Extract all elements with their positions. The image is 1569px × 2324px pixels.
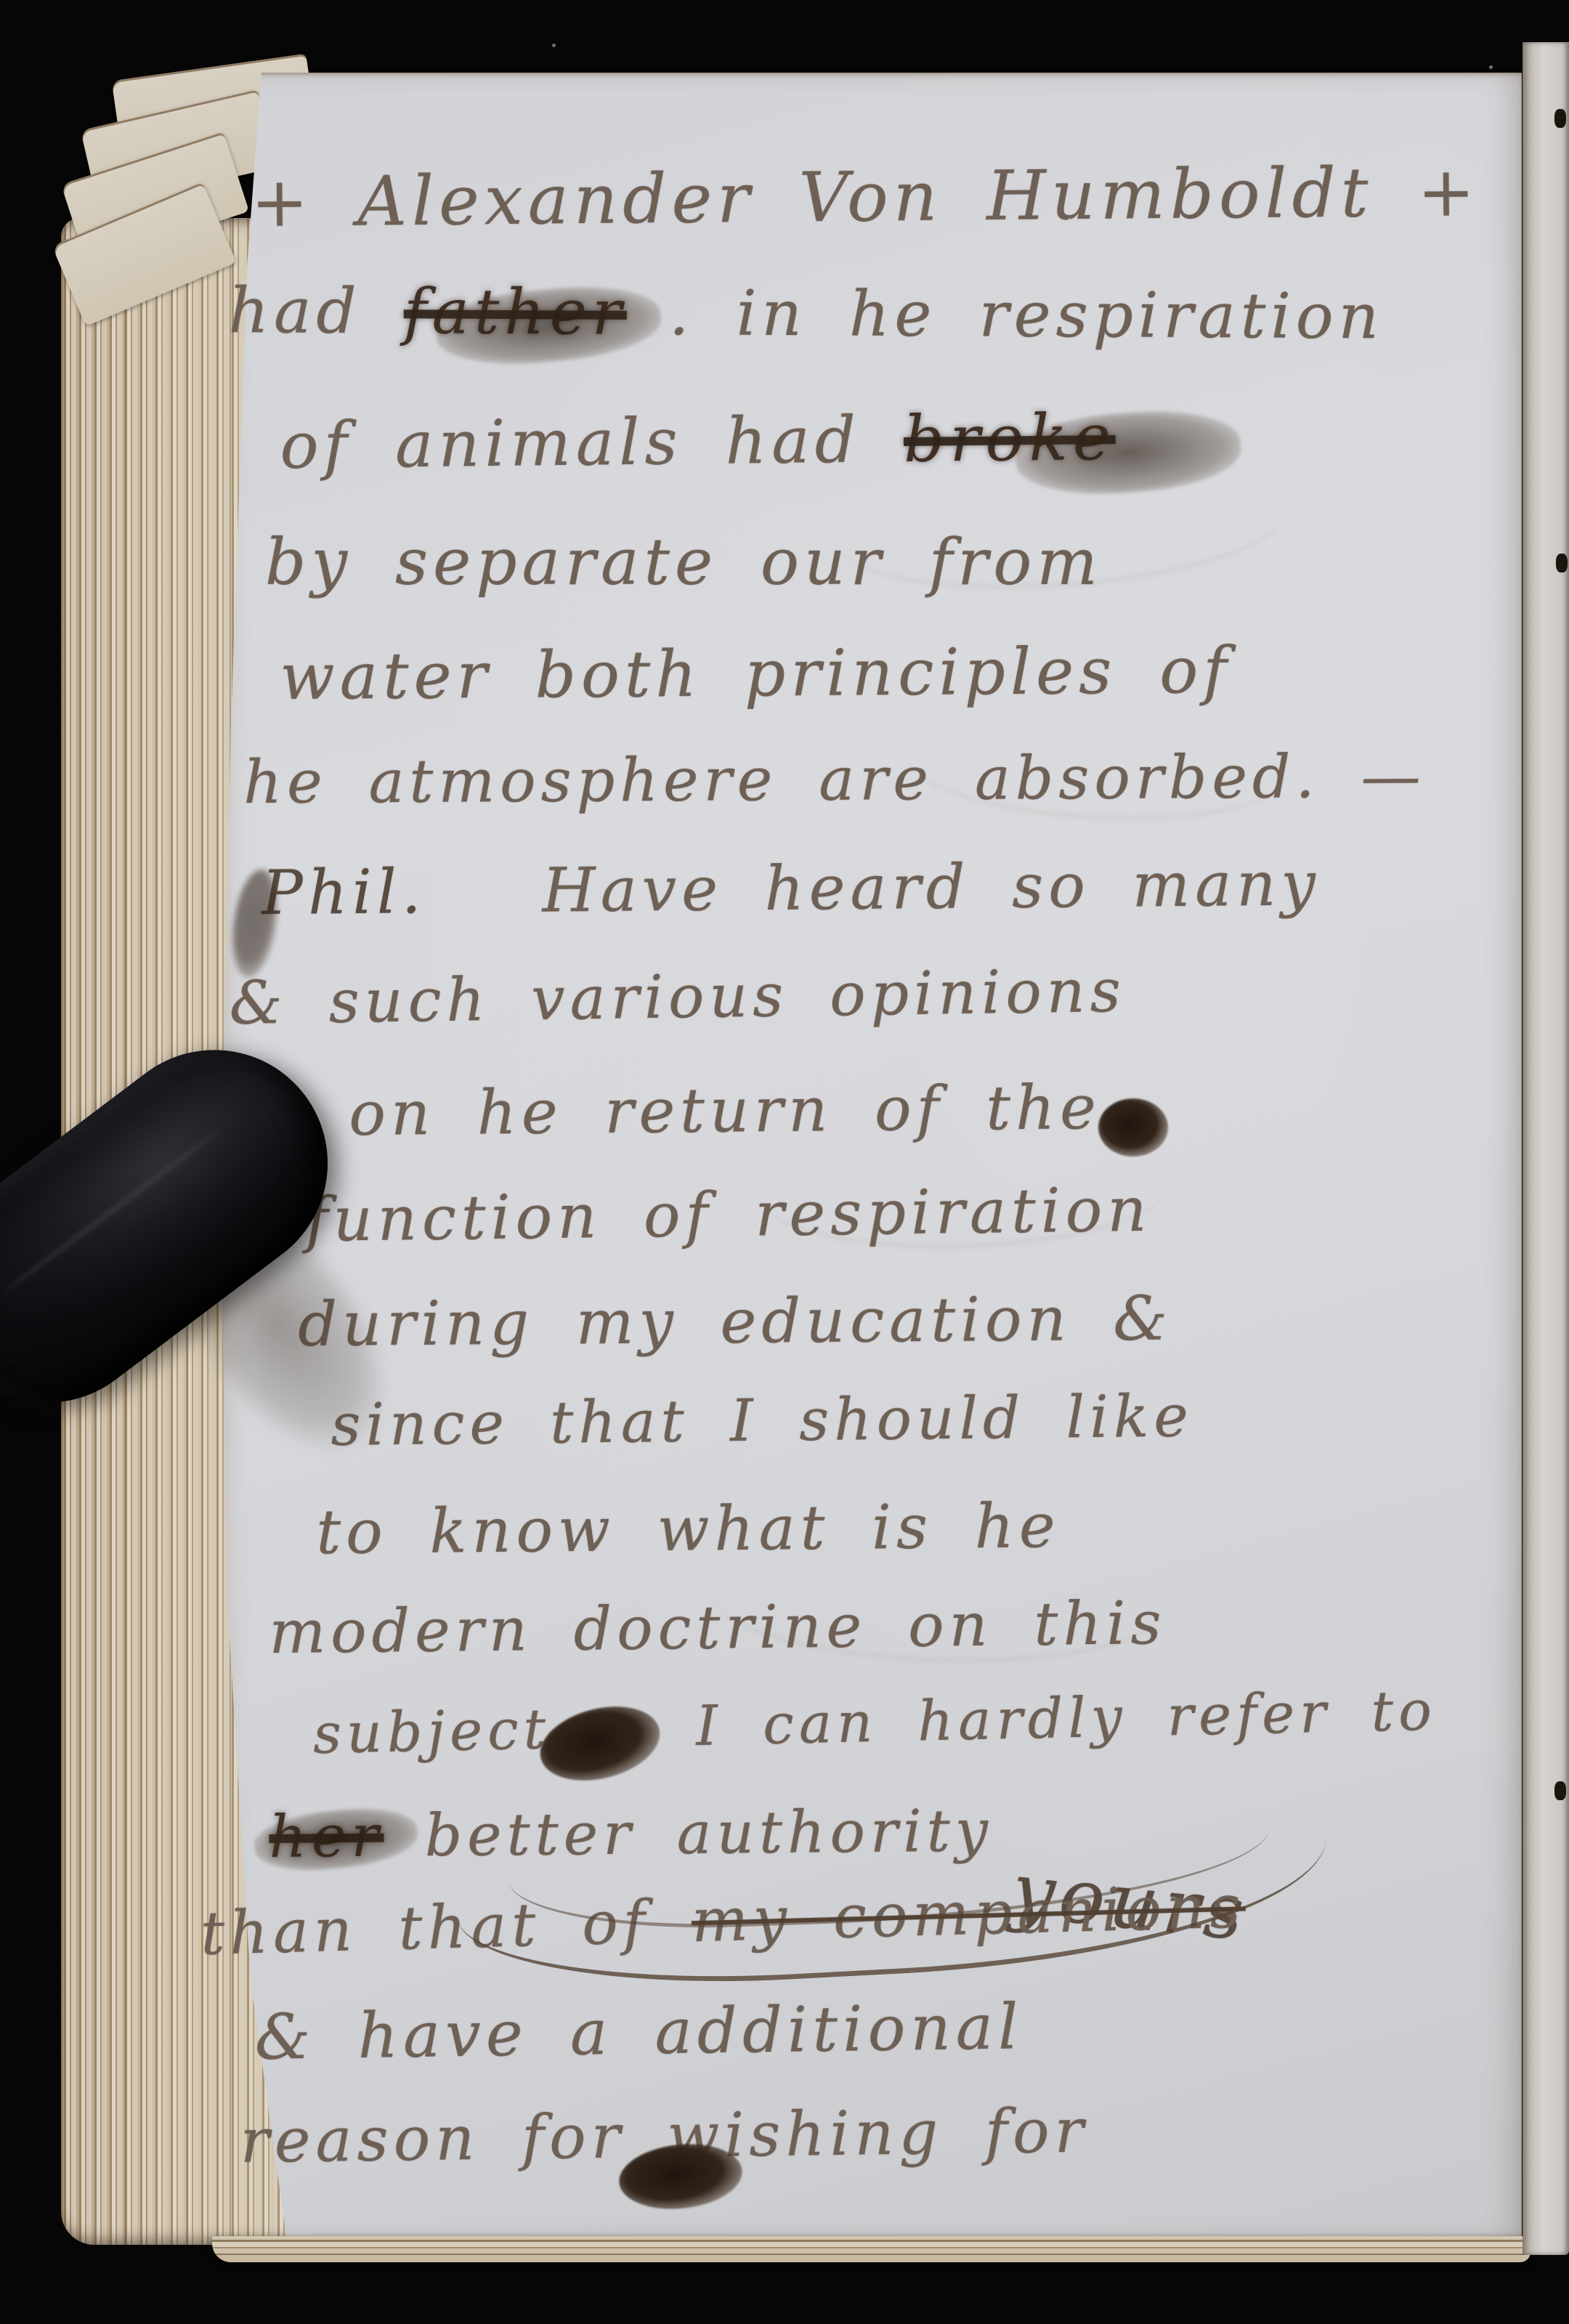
handwriting-segment: during my education & <box>298 1283 1172 1360</box>
glove-wrinkle <box>3 1126 223 1294</box>
handwriting-segment: since that I should like <box>331 1382 1193 1459</box>
handwriting-line: during my education & <box>298 1283 1172 1360</box>
handwriting-segment: by separate our from <box>265 525 1103 599</box>
dust-speck <box>857 102 861 105</box>
gutter-notch <box>1554 1781 1566 1800</box>
handwriting-line: to know what is he <box>316 1490 1061 1568</box>
page-bottom-edges <box>212 2236 1531 2262</box>
handwriting-line: function of respiration <box>305 1174 1152 1255</box>
handwriting-segment: to know what is he <box>316 1490 1061 1568</box>
handwriting-segment: & have a additional <box>254 1991 1023 2074</box>
handwriting-segment: he atmosphere are absorbed. — <box>243 742 1426 817</box>
dust-speck <box>1489 65 1493 69</box>
handwriting-segment: water both principles of <box>280 633 1232 714</box>
handwriting-segment: had <box>228 275 404 348</box>
dust-speck <box>552 44 556 47</box>
manuscript-photo: + Alexander Von Humboldt + had father . … <box>0 0 1569 2324</box>
handwriting-segment: of animals had <box>280 402 904 483</box>
handwriting-line: + Alexander Von Humboldt + <box>251 153 1480 243</box>
handwriting-line: & such various opinions <box>229 957 1126 1038</box>
ink-blot <box>1098 1098 1168 1157</box>
handwriting-segment: function of respiration <box>305 1174 1152 1255</box>
handwriting-line: he atmosphere are absorbed. — <box>243 742 1426 817</box>
gutter-page-sliver <box>1523 42 1569 2255</box>
handwriting-line: & have a additional <box>254 1991 1023 2074</box>
dust-speck <box>1068 218 1071 222</box>
handwriting-line: by separate our from <box>265 525 1103 599</box>
handwriting-segment: on he return of the <box>349 1072 1101 1149</box>
handwriting-line: Phil.Have heard so many <box>261 848 1321 928</box>
handwriting-segment: modern doctrine on this <box>269 1589 1167 1667</box>
handwriting-line: since that I should like <box>331 1382 1193 1459</box>
handwriting-segment: . in he respiration <box>627 277 1384 353</box>
gutter-notch <box>1556 554 1568 572</box>
handwriting-line: of animals had broke <box>280 400 1116 483</box>
handwriting-line: modern doctrine on this <box>269 1589 1167 1667</box>
handwriting-segment: Phil. <box>261 856 426 928</box>
handwriting-segment: + Alexander Von Humboldt + <box>251 153 1480 243</box>
handwriting-segment: & such various opinions <box>229 957 1126 1038</box>
gutter-notch <box>1554 109 1566 128</box>
handwriting-line: on he return of the <box>349 1072 1101 1149</box>
handwriting-segment: subject <box>312 1696 551 1766</box>
handwriting-segment: Have heard so many <box>542 848 1321 926</box>
handwriting-line: had father . in he respiration <box>228 275 1384 353</box>
handwriting-line: water both principles of <box>280 633 1232 714</box>
